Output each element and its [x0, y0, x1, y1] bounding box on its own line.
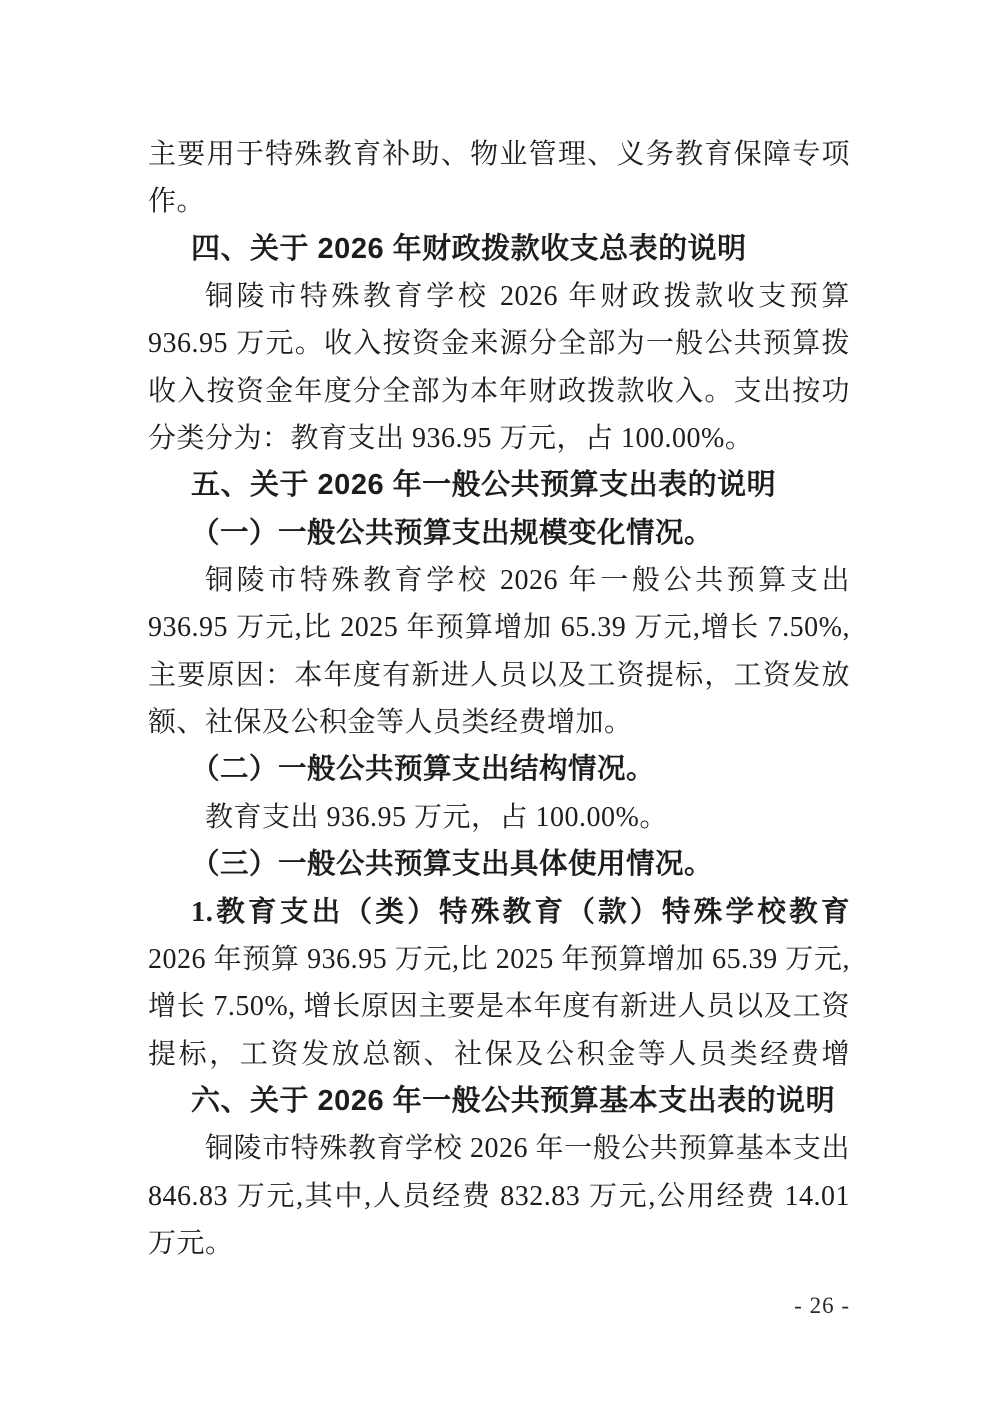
- heading-section-5: 五、关于 2026 年一般公共预算支出表的说明: [148, 462, 850, 509]
- page-number: - 26 -: [794, 1293, 850, 1319]
- item-1-heading: 1.教育支出（类）特殊教育（款）特殊学校教育（项）: [148, 889, 850, 936]
- subheading-5-3: （三）一般公共预算支出具体使用情况。: [148, 841, 850, 888]
- body-line: 846.83 万元,其中,人员经费 832.83 万元,公用经费 14.01: [148, 1173, 850, 1220]
- body-line: 铜陵市特殊教育学校 2026 年财政拨款收支预算: [148, 273, 850, 320]
- subheading-5-2: （二）一般公共预算支出结构情况。: [148, 746, 850, 793]
- body-line: 分类分为：教育支出 936.95 万元，占 100.00%。: [148, 415, 850, 462]
- document-body: 主要用于特殊教育补助、物业管理、义务教育保障专项工 作。 四、关于 2026 年…: [148, 131, 850, 1267]
- body-line: 增长 7.50%, 增长原因主要是本年度有新进人员以及工资: [148, 983, 850, 1030]
- body-line: 铜陵市特殊教育学校 2026 年一般公共预算基本支出: [148, 1125, 850, 1172]
- heading-section-4: 四、关于 2026 年财政拨款收支总表的说明: [148, 226, 850, 273]
- heading-section-6: 六、关于 2026 年一般公共预算基本支出表的说明: [148, 1078, 850, 1125]
- body-line: 万元。: [148, 1220, 850, 1267]
- body-line: 936.95 万元。收入按资金来源分全部为一般公共预算拨款；: [148, 320, 850, 367]
- subheading-5-1: （一）一般公共预算支出规模变化情况。: [148, 510, 850, 557]
- body-line: 主要用于特殊教育补助、物业管理、义务教育保障专项工: [148, 131, 850, 178]
- body-line: 教育支出 936.95 万元，占 100.00%。: [148, 794, 850, 841]
- body-line: 作。: [148, 178, 850, 225]
- body-line: 936.95 万元,比 2025 年预算增加 65.39 万元,增长 7.50%…: [148, 604, 850, 651]
- body-line: 收入按资金年度分全部为本年财政拨款收入。支出按功能: [148, 368, 850, 415]
- body-line: 铜陵市特殊教育学校 2026 年一般公共预算支出: [148, 557, 850, 604]
- body-line: 主要原因：本年度有新进人员以及工资提标，工资发放总: [148, 652, 850, 699]
- body-line: 额、社保及公积金等人员类经费增加。: [148, 699, 850, 746]
- document-page: 主要用于特殊教育补助、物业管理、义务教育保障专项工 作。 四、关于 2026 年…: [0, 0, 1000, 1414]
- body-line: 2026 年预算 936.95 万元,比 2025 年预算增加 65.39 万元…: [148, 936, 850, 983]
- body-line: 提标，工资发放总额、社保及公积金等人员类经费增加。: [148, 1031, 850, 1078]
